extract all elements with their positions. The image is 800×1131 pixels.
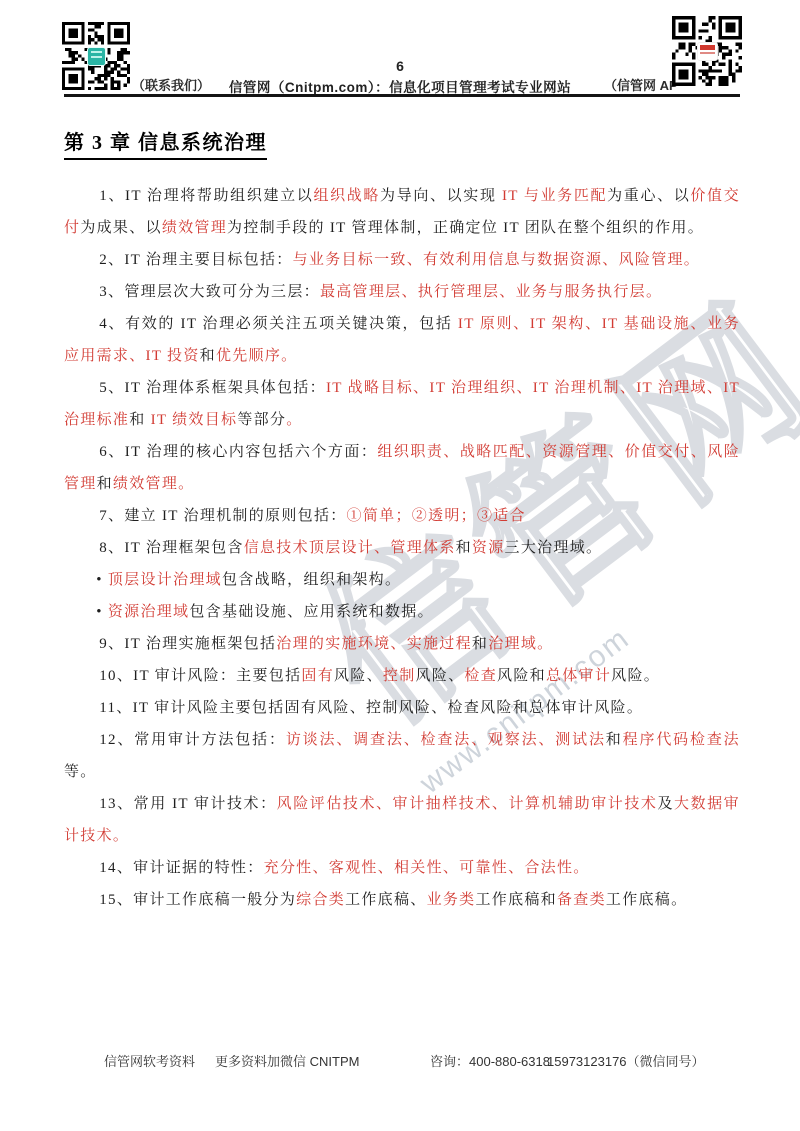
- numbered-paragraph: 13、常用 IT 审计技术：风险评估技术、审计抽样技术、计算机辅助审计技术及大数…: [64, 788, 740, 852]
- document-body: 第 3 章 信息系统治理 1、IT 治理将帮助组织建立以组织战略为导向、以实现 …: [64, 126, 740, 916]
- numbered-paragraph: 5、IT 治理体系框架具体包括：IT 战略目标、IT 治理组织、IT 治理机制、…: [64, 372, 740, 436]
- body-paragraphs: 1、IT 治理将帮助组织建立以组织战略为导向、以实现 IT 与业务匹配为重心、以…: [64, 180, 740, 916]
- numbered-paragraph: 2、IT 治理主要目标包括：与业务目标一致、有效利用信息与数据资源、风险管理。: [64, 244, 740, 276]
- numbered-paragraph: 14、审计证据的特性：充分性、客观性、相关性、可靠性、合法性。: [64, 852, 740, 884]
- footer-brand: 信管网软考资料: [104, 1051, 195, 1070]
- numbered-paragraph: 1、IT 治理将帮助组织建立以组织战略为导向、以实现 IT 与业务匹配为重心、以…: [64, 180, 740, 244]
- numbered-paragraph: 10、IT 审计风险：主要包括固有风险、控制风险、检查风险和总体审计风险。: [64, 660, 740, 692]
- numbered-paragraph: 9、IT 治理实施框架包括治理的实施环境、实施过程和治理域。: [64, 628, 740, 660]
- numbered-paragraph: 4、有效的 IT 治理必须关注五项关键决策，包括 IT 原则、IT 架构、IT …: [64, 308, 740, 372]
- footer-hotline: 咨询：400-880-6318: [430, 1051, 550, 1070]
- app-qr-label: （信管网 AP: [604, 75, 678, 94]
- bullet-item: • 顶层设计治理域包含战略，组织和架构。: [64, 564, 740, 596]
- cnitpm-logo-icon: [697, 42, 718, 61]
- wechat-logo-icon: [87, 47, 106, 66]
- header-divider: [64, 94, 740, 97]
- bullet-item: • 资源治理域包含基础设施、应用系统和数据。: [64, 596, 740, 628]
- numbered-paragraph: 7、建立 IT 治理机制的原则包括：①简单；②透明；③适合: [64, 500, 740, 532]
- numbered-paragraph: 12、常用审计方法包括：访谈法、调查法、检查法、观察法、测试法和程序代码检查法等…: [64, 724, 740, 788]
- numbered-paragraph: 8、IT 治理框架包含信息技术顶层设计、管理体系和资源三大治理域。: [64, 532, 740, 564]
- footer-wechat-note: 更多资料加微信 CNITPM: [215, 1051, 359, 1070]
- footer-mobile: 15973123176（微信同号）: [547, 1051, 705, 1070]
- numbered-paragraph: 15、审计工作底稿一般分为综合类工作底稿、业务类工作底稿和备查类工作底稿。: [64, 884, 740, 916]
- numbered-paragraph: 11、IT 审计风险主要包括固有风险、控制风险、检查风险和总体审计风险。: [64, 692, 740, 724]
- chapter-title: 第 3 章 信息系统治理: [64, 126, 267, 160]
- page-header: （联系我们） 6 信管网（Cnitpm.com）：信息化项目管理考试专业网站 （…: [0, 0, 800, 100]
- numbered-paragraph: 6、IT 治理的核心内容包括六个方面：组织职责、战略匹配、资源管理、价值交付、风…: [64, 436, 740, 500]
- page-footer: 信管网软考资料 更多资料加微信 CNITPM 咨询：400-880-6318 1…: [64, 1051, 740, 1071]
- numbered-paragraph: 3、管理层次大致可分为三层：最高管理层、执行管理层、业务与服务执行层。: [64, 276, 740, 308]
